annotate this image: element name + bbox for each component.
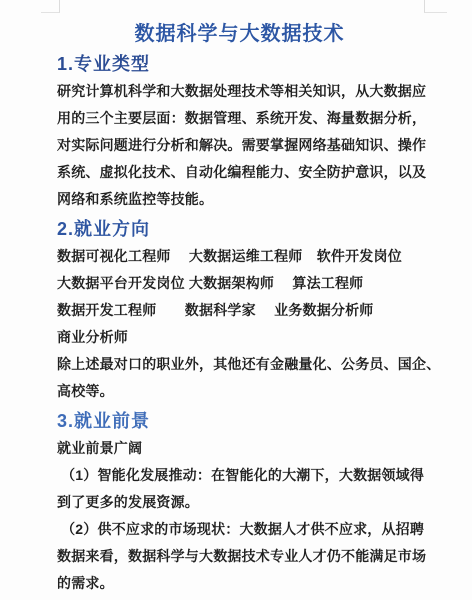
page-title: 数据科学与大数据技术 (57, 21, 422, 48)
document-page: 数据科学与大数据技术 1.专业类型 研究计算机科学和大数据处理技术等相关知识，从… (0, 0, 472, 600)
job-list-line: 商业分析师 (57, 324, 422, 351)
text-line: 系统、虚拟化技术、自动化编程能力、安全防护意识，以及 (57, 159, 422, 186)
section-career-directions: 2.就业方向 数据可视化工程师 大数据运维工程师 软件开发岗位 大数据平台开发岗… (57, 217, 422, 405)
job-list-line: 大数据平台开发岗位 大数据架构师 算法工程师 (57, 270, 422, 297)
section-major-type: 1.专业类型 研究计算机科学和大数据处理技术等相关知识，从大数据应 用的三个主要… (57, 52, 422, 213)
text-line: 的需求。 (57, 570, 422, 597)
text-line: 用的三个主要层面：数据管理、系统开发、海量数据分析， (57, 105, 422, 132)
section-2-heading: 2.就业方向 (57, 217, 422, 241)
section-3-point-1: （1）智能化发展推动：在智能化的大潮下，大数据领域得 到了更多的发展资源。 (57, 462, 422, 516)
text-line: 研究计算机科学和大数据处理技术等相关知识，从大数据应 (57, 78, 422, 105)
text-line: 到了更多的发展资源。 (57, 489, 422, 516)
job-list-line: 数据可视化工程师 大数据运维工程师 软件开发岗位 (57, 243, 422, 270)
section-3-heading: 3.就业前景 (57, 409, 422, 433)
section-3-point-2: （2）供不应求的市场现状：大数据人才供不应求，从招聘 数据来看，数据科学与大数据… (57, 516, 422, 597)
page-margin-corner-mark-right (424, 0, 447, 13)
text-line: 网络和系统监控等技能。 (57, 186, 422, 213)
document-content: 数据科学与大数据技术 1.专业类型 研究计算机科学和大数据处理技术等相关知识，从… (0, 0, 472, 597)
section-2-paragraph: 除上述最对口的职业外，其他还有金融量化、公务员、国企、 高校等。 (57, 351, 422, 405)
text-line: （1）智能化发展推动：在智能化的大潮下，大数据领域得 (57, 462, 422, 489)
text-line: 除上述最对口的职业外，其他还有金融量化、公务员、国企、 (57, 351, 422, 378)
job-list: 数据可视化工程师 大数据运维工程师 软件开发岗位 大数据平台开发岗位 大数据架构… (57, 243, 422, 351)
section-career-outlook: 3.就业前景 就业前景广阔 （1）智能化发展推动：在智能化的大潮下，大数据领域得… (57, 409, 422, 597)
page-margin-corner-mark-left (41, 0, 60, 13)
text-line: （2）供不应求的市场现状：大数据人才供不应求，从招聘 (57, 516, 422, 543)
section-1-heading: 1.专业类型 (57, 52, 422, 76)
text-line: 高校等。 (57, 378, 422, 405)
job-list-line: 数据开发工程师 数据科学家 业务数据分析师 (57, 297, 422, 324)
section-1-paragraph: 研究计算机科学和大数据处理技术等相关知识，从大数据应 用的三个主要层面：数据管理… (57, 78, 422, 213)
text-line: 数据来看，数据科学与大数据技术专业人才仍不能满足市场 (57, 543, 422, 570)
text-line: 就业前景广阔 (57, 435, 422, 462)
text-line: 对实际问题进行分析和解决。需要掌握网络基础知识、操作 (57, 132, 422, 159)
section-3-intro: 就业前景广阔 (57, 435, 422, 462)
